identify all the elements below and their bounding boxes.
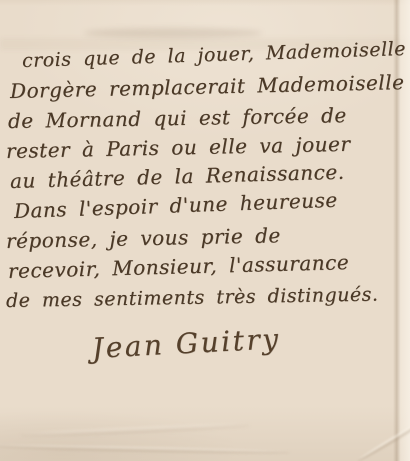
signature: Jean Guitry (91, 322, 281, 365)
paper-crease (0, 444, 290, 455)
paper-crease (20, 423, 250, 438)
letter-photo: crois que de la jouer, Mademoiselle Dorg… (0, 0, 410, 461)
handwriting-line: de mes sentiments très distingués. (6, 279, 404, 316)
letter-text: crois que de la jouer, Mademoiselle Dorg… (6, 46, 404, 316)
letter-page: crois que de la jouer, Mademoiselle Dorg… (0, 0, 410, 461)
ink-bleed-through (84, 28, 262, 38)
